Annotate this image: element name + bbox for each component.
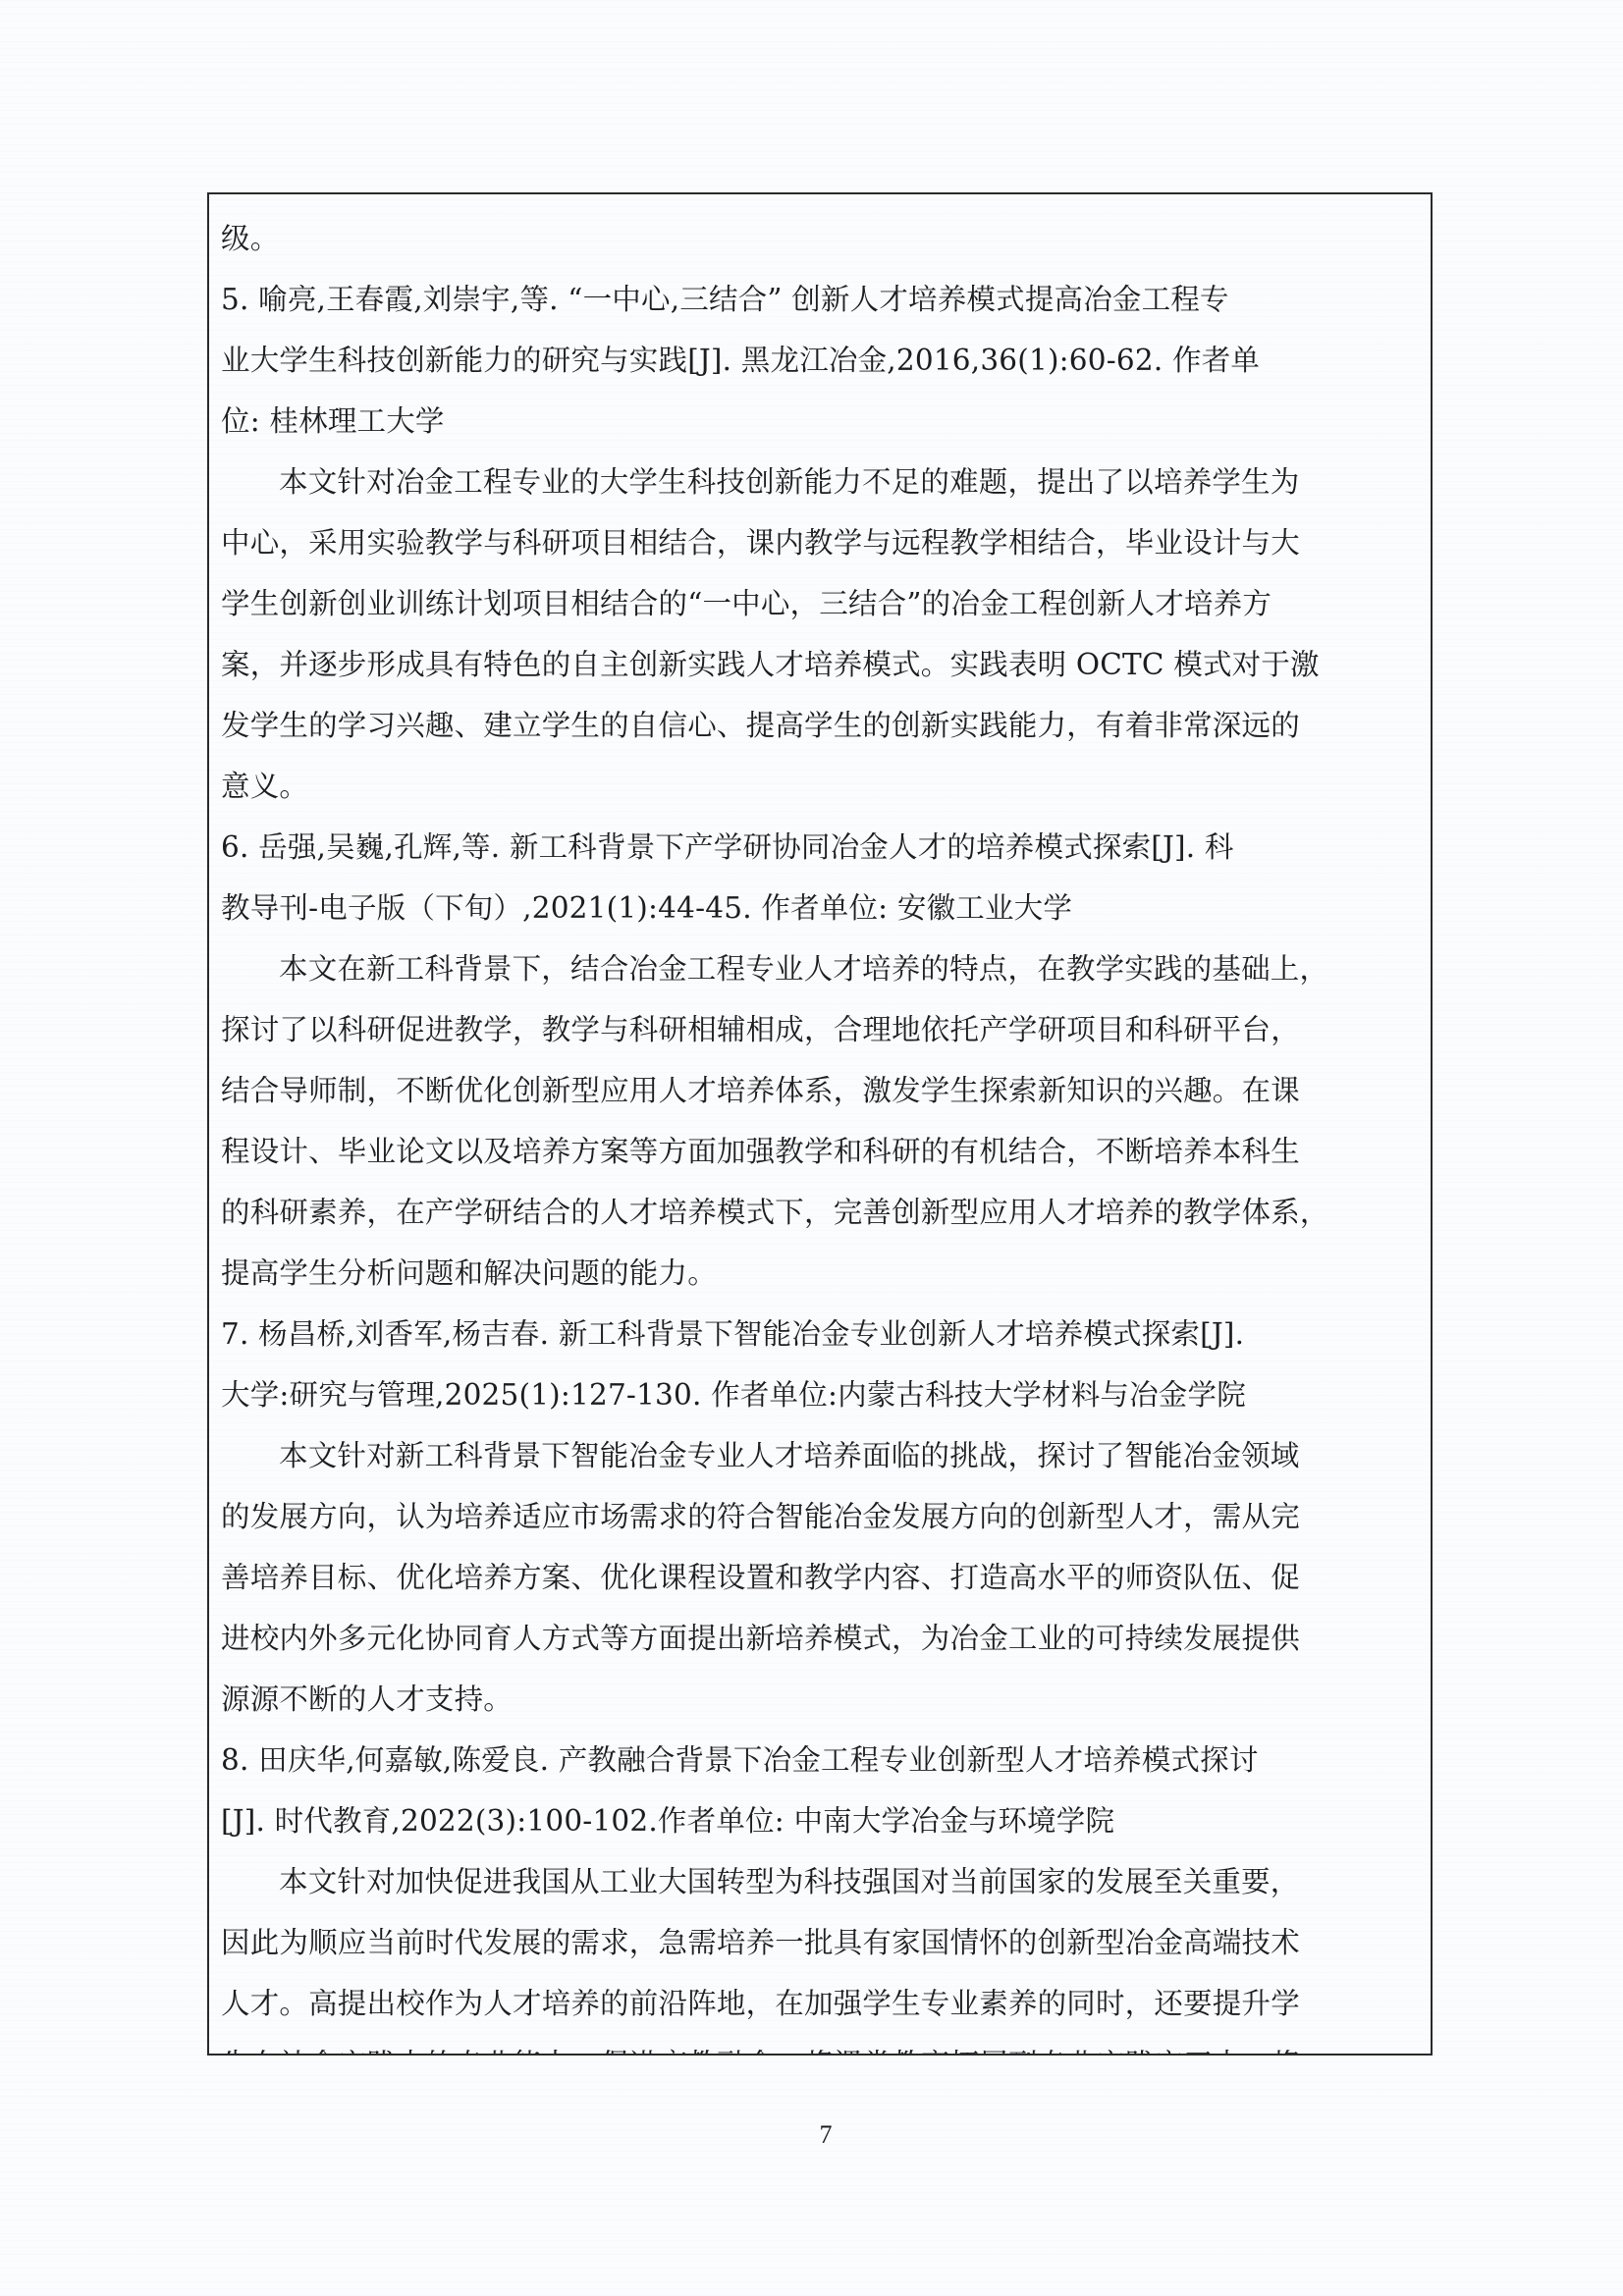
summary-6-line-3: 结合导师制，不断优化创新型应用人才培养体系，激发学生探索新知识的兴趣。在课	[221, 1060, 1423, 1121]
document-body: 级。 5. 喻亮,王春霞,刘崇宇,等. “一中心,三结合” 创新人才培养模式提高…	[221, 208, 1423, 2056]
summary-8-line-4: 生在社会实践中的专业能力，促进产教融合，将课堂教育拓展到专业实践实习中。将	[221, 2034, 1423, 2056]
summary-6-line-1: 本文在新工科背景下，结合冶金工程专业人才培养的特点，在教学实践的基础上，	[221, 938, 1423, 999]
summary-8-line-2: 因此为顺应当前时代发展的需求，急需培养一批具有家国情怀的创新型冶金高端技术	[221, 1912, 1423, 1973]
reference-8-line-1: 8. 田庆华,何嘉敏,陈爱良. 产教融合背景下冶金工程专业创新型人才培养模式探讨	[221, 1730, 1423, 1790]
summary-5-line-5: 发学生的学习兴趣、建立学生的自信心、提高学生的创新实践能力，有着非常深远的	[221, 695, 1423, 756]
summary-7-line-5: 源源不断的人才支持。	[221, 1669, 1423, 1730]
summary-6-line-4: 程设计、毕业论文以及培养方案等方面加强教学和科研的有机结合，不断培养本科生	[221, 1121, 1423, 1182]
content-frame: 级。 5. 喻亮,王春霞,刘崇宇,等. “一中心,三结合” 创新人才培养模式提高…	[207, 192, 1433, 2056]
reference-6-line-2: 教导刊-电子版（下旬）,2021(1):44-45. 作者单位: 安徽工业大学	[221, 878, 1423, 938]
summary-6-line-2: 探讨了以科研促进教学，教学与科研相辅相成，合理地依托产学研项目和科研平台，	[221, 999, 1423, 1060]
reference-5-line-2: 业大学生科技创新能力的研究与实践[J]. 黑龙江冶金,2016,36(1):60…	[221, 330, 1423, 391]
summary-5-line-2: 中心，采用实验教学与科研项目相结合，课内教学与远程教学相结合，毕业设计与大	[221, 512, 1423, 573]
reference-5-line-1: 5. 喻亮,王春霞,刘崇宇,等. “一中心,三结合” 创新人才培养模式提高冶金工…	[221, 269, 1423, 330]
summary-6-line-5: 的科研素养，在产学研结合的人才培养模式下，完善创新型应用人才培养的教学体系，	[221, 1182, 1423, 1243]
summary-5-line-3: 学生创新创业训练计划项目相结合的“一中心，三结合”的冶金工程创新人才培养方	[221, 573, 1423, 634]
summary-7-line-4: 进校内外多元化协同育人方式等方面提出新培养模式，为冶金工业的可持续发展提供	[221, 1608, 1423, 1669]
summary-5-line-4: 案，并逐步形成具有特色的自主创新实践人才培养模式。实践表明 OCTC 模式对于激	[221, 634, 1423, 695]
summary-7-line-1: 本文针对新工科背景下智能冶金专业人才培养面临的挑战，探讨了智能冶金领域	[221, 1425, 1423, 1486]
summary-6-line-6: 提高学生分析问题和解决问题的能力。	[221, 1243, 1423, 1304]
page-number: 7	[811, 2120, 840, 2150]
summary-8-line-3: 人才。高提出校作为人才培养的前沿阵地，在加强学生专业素养的同时，还要提升学	[221, 1973, 1423, 2034]
summary-8-line-1: 本文针对加快促进我国从工业大国转型为科技强国对当前国家的发展至关重要，	[221, 1851, 1423, 1912]
reference-6-line-1: 6. 岳强,吴巍,孔辉,等. 新工科背景下产学研协同冶金人才的培养模式探索[J]…	[221, 817, 1423, 878]
summary-7-line-3: 善培养目标、优化培养方案、优化课程设置和教学内容、打造高水平的师资队伍、促	[221, 1547, 1423, 1608]
summary-5-line-1: 本文针对冶金工程专业的大学生科技创新能力不足的难题，提出了以培养学生为	[221, 452, 1423, 512]
summary-5-line-6: 意义。	[221, 756, 1423, 817]
reference-5-line-3: 位: 桂林理工大学	[221, 391, 1423, 452]
reference-7-line-1: 7. 杨昌桥,刘香军,杨吉春. 新工科背景下智能冶金专业创新人才培养模式探索[J…	[221, 1304, 1423, 1364]
reference-7-line-2: 大学:研究与管理,2025(1):127-130. 作者单位:内蒙古科技大学材料…	[221, 1364, 1423, 1425]
reference-8-line-2: [J]. 时代教育,2022(3):100-102.作者单位: 中南大学冶金与环…	[221, 1790, 1423, 1851]
text-line: 级。	[221, 208, 1423, 269]
summary-7-line-2: 的发展方向，认为培养适应市场需求的符合智能冶金发展方向的创新型人才，需从完	[221, 1486, 1423, 1547]
